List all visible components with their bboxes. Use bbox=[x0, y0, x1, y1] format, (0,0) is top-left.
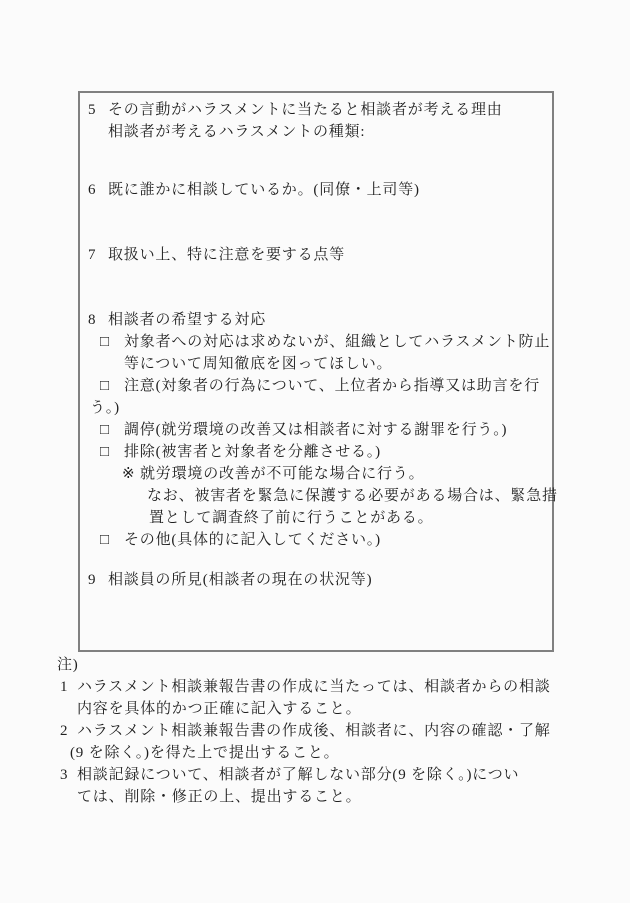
option-1-line-2: 等について周知徹底を図ってほしい。 bbox=[80, 353, 552, 375]
notes-label: 注) bbox=[0, 654, 630, 676]
item-9-text: 相談員の所見(相談者の現在の状況等) bbox=[108, 572, 372, 588]
checkbox-icon: □ bbox=[100, 441, 124, 463]
note-2-text: ハラスメント相談兼報告書の作成後、相談者に、内容の確認・了解 bbox=[77, 723, 551, 739]
reference-mark-icon: ※ bbox=[122, 463, 140, 485]
option-2-line-1: □注意(対象者の行為について、上位者から指導又は助言を行 bbox=[80, 375, 552, 397]
option-1-cont-text: 等について周知徹底を図ってほしい。 bbox=[124, 356, 392, 372]
item-9-number: 9 bbox=[88, 569, 108, 591]
form-item-5-line-1: 5その言動がハラスメントに当たると相談者が考える理由 bbox=[80, 99, 552, 121]
item-6-number: 6 bbox=[88, 179, 108, 201]
item-5-text: その言動がハラスメントに当たると相談者が考える理由 bbox=[108, 102, 503, 118]
option-4-note-text-3: 置として調査終了前に行うことがある。 bbox=[149, 510, 433, 526]
option-4-note-line-3: 置として調査終了前に行うことがある。 bbox=[80, 507, 552, 529]
note-3-line-1: 3相談記録について、相談者が了解しない部分(9 を除く。)につい bbox=[0, 764, 630, 786]
option-1-line-1: □対象者への対応は求めないが、組織としてハラスメント防止 bbox=[80, 331, 552, 353]
checkbox-icon: □ bbox=[100, 375, 124, 397]
item-8-text: 相談者の希望する対応 bbox=[108, 312, 266, 328]
item-5-number: 5 bbox=[88, 99, 108, 121]
note-1-cont-text: 内容を具体的かつ正確に記入すること。 bbox=[77, 701, 361, 717]
option-4-note-text-2: なお、被害者を緊急に保護する必要がある場合は、緊急措 bbox=[147, 488, 558, 504]
notes-label-text: 注) bbox=[57, 657, 79, 673]
note-1-line-1: 1ハラスメント相談兼報告書の作成に当たっては、相談者からの相談 bbox=[0, 676, 630, 698]
note-2-number: 2 bbox=[60, 720, 77, 742]
form-item-8: 8相談者の希望する対応 bbox=[80, 309, 552, 331]
notes-section: 注) 1ハラスメント相談兼報告書の作成に当たっては、相談者からの相談 内容を具体… bbox=[0, 654, 630, 808]
note-3-line-2: ては、削除・修正の上、提出すること。 bbox=[0, 786, 630, 808]
option-5-text: その他(具体的に記入してください。) bbox=[124, 532, 381, 548]
option-3-text: 調停(就労環境の改善又は相談者に対する謝罪を行う。) bbox=[124, 422, 507, 438]
note-2-line-1: 2ハラスメント相談兼報告書の作成後、相談者に、内容の確認・了解 bbox=[0, 720, 630, 742]
note-3-number: 3 bbox=[60, 764, 77, 786]
note-2-line-2: (9 を除く。)を得た上で提出すること。 bbox=[0, 742, 630, 764]
item-5-subtext: 相談者が考えるハラスメントの種類: bbox=[108, 124, 365, 140]
note-3-cont-text: ては、削除・修正の上、提出すること。 bbox=[77, 789, 361, 805]
option-5: □その他(具体的に記入してください。) bbox=[80, 529, 552, 551]
option-1-text: 対象者への対応は求めないが、組織としてハラスメント防止 bbox=[124, 334, 550, 350]
form-box: 5その言動がハラスメントに当たると相談者が考える理由 相談者が考えるハラスメント… bbox=[78, 91, 554, 652]
option-4-text: 排除(被害者と対象者を分離させる。) bbox=[124, 444, 381, 460]
note-3-text: 相談記録について、相談者が了解しない部分(9 を除く。)につい bbox=[77, 767, 519, 783]
option-4: □排除(被害者と対象者を分離させる。) bbox=[80, 441, 552, 463]
checkbox-icon: □ bbox=[100, 419, 124, 441]
note-1-line-2: 内容を具体的かつ正確に記入すること。 bbox=[0, 698, 630, 720]
option-2-cont-text: う。) bbox=[90, 400, 120, 416]
item-6-text: 既に誰かに相談しているか。(同僚・上司等) bbox=[108, 182, 420, 198]
option-2-line-2: う。) bbox=[80, 397, 552, 419]
checkbox-icon: □ bbox=[100, 529, 124, 551]
document-page: 5その言動がハラスメントに当たると相談者が考える理由 相談者が考えるハラスメント… bbox=[0, 0, 630, 903]
item-7-number: 7 bbox=[88, 244, 108, 266]
item-7-text: 取扱い上、特に注意を要する点等 bbox=[108, 247, 345, 263]
note-2-cont-text: (9 を除く。)を得た上で提出すること。 bbox=[70, 745, 339, 761]
checkbox-icon: □ bbox=[100, 331, 124, 353]
option-4-note-text-1: 就労環境の改善が不可能な場合に行う。 bbox=[140, 466, 424, 482]
form-item-6: 6既に誰かに相談しているか。(同僚・上司等) bbox=[80, 179, 552, 201]
option-4-note-line-2: なお、被害者を緊急に保護する必要がある場合は、緊急措 bbox=[80, 485, 552, 507]
form-item-7: 7取扱い上、特に注意を要する点等 bbox=[80, 244, 552, 266]
form-item-9: 9相談員の所見(相談者の現在の状況等) bbox=[80, 569, 552, 591]
option-3: □調停(就労環境の改善又は相談者に対する謝罪を行う。) bbox=[80, 419, 552, 441]
note-1-text: ハラスメント相談兼報告書の作成に当たっては、相談者からの相談 bbox=[77, 679, 551, 695]
note-1-number: 1 bbox=[60, 676, 77, 698]
form-item-5-line-2: 相談者が考えるハラスメントの種類: bbox=[80, 121, 552, 143]
option-4-note-line-1: ※就労環境の改善が不可能な場合に行う。 bbox=[80, 463, 552, 485]
option-2-text: 注意(対象者の行為について、上位者から指導又は助言を行 bbox=[124, 378, 540, 394]
item-8-number: 8 bbox=[88, 309, 108, 331]
